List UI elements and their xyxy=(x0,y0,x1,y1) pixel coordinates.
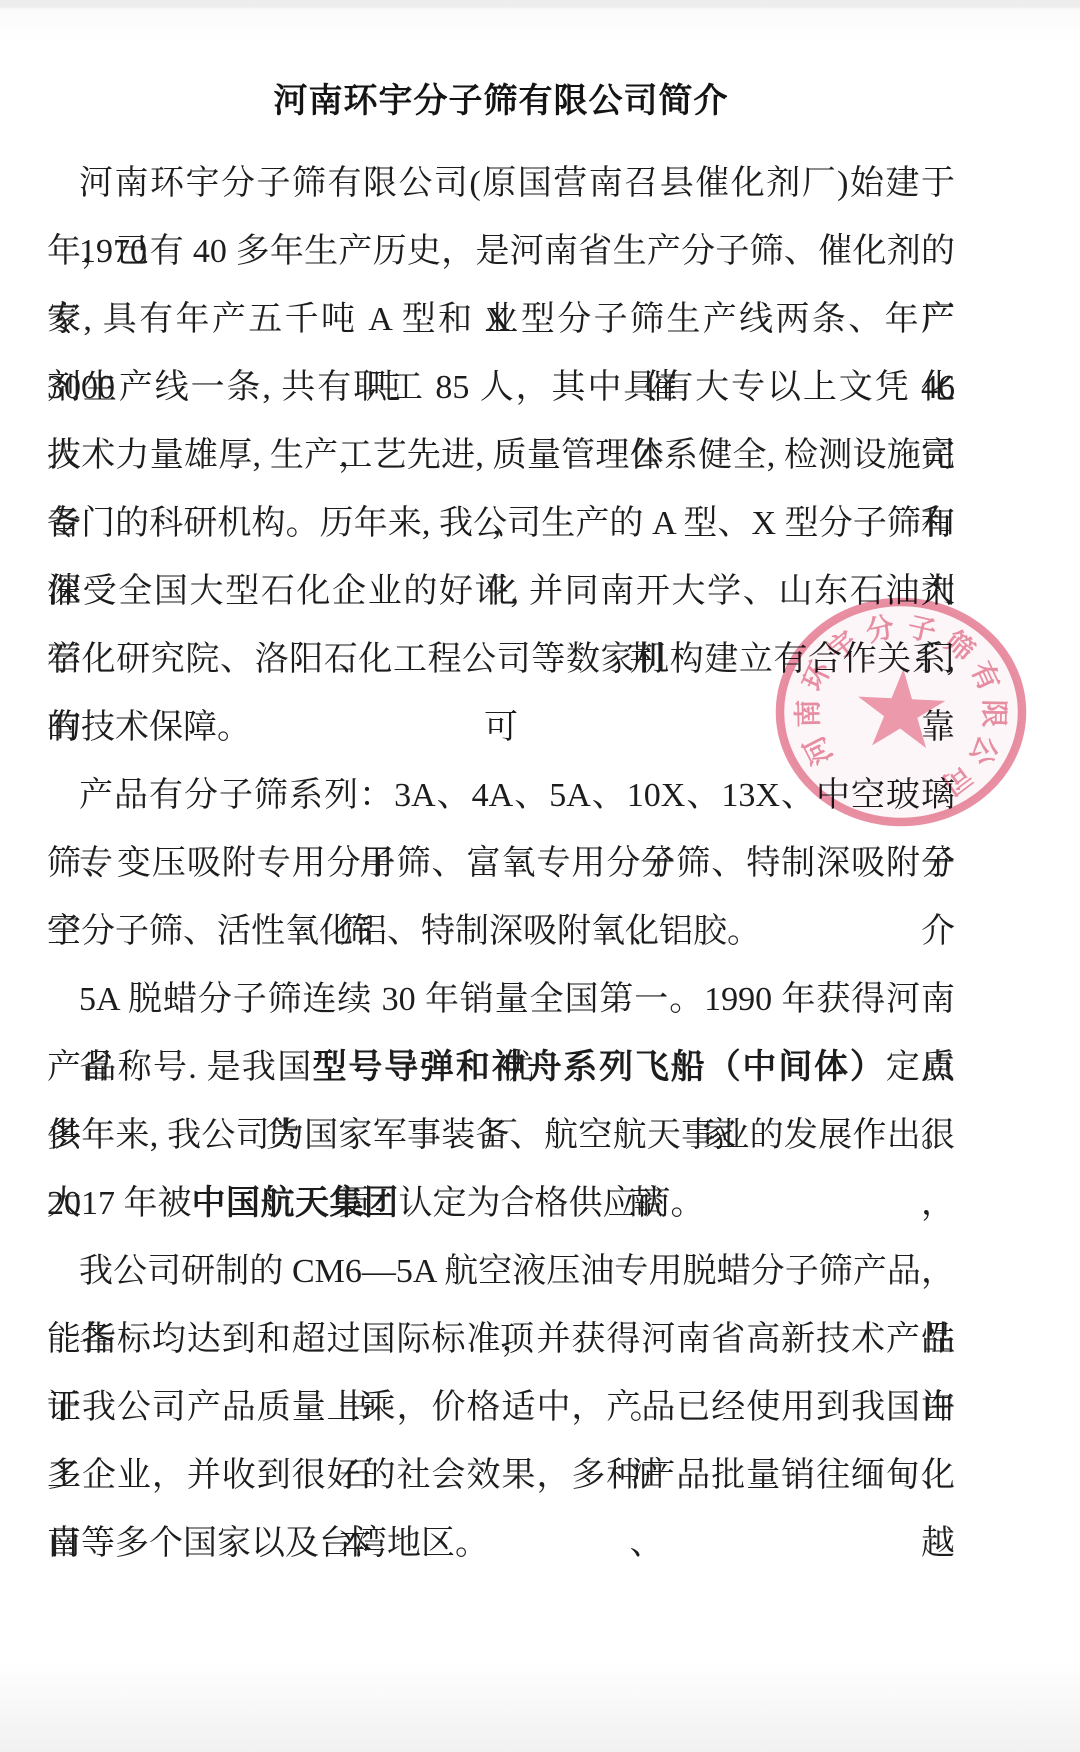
seal-char: 限 xyxy=(977,699,1009,728)
text-line: 多年来, 我公司为国家军事装备、航空航天事业的发展作出很大贡献， xyxy=(47,1102,955,1170)
text-line: 家, 具有年产五千吨 A 型和 X 型分子筛生产线两条、年产 3000 吨催化 xyxy=(47,286,955,354)
text-line: 筛、变压吸附专用分子筛、富氧专用分子筛、特制深吸附分子筛、介 xyxy=(47,830,955,898)
text-line: 工企业，并收到很好的社会效果，多种产品批量销往缅甸、日本、越 xyxy=(47,1442,955,1510)
document-page: 河南环宇分子筛有限公司简介 河南环宇分子筛有限公司(原国营南召县催化剂厂)始建于… xyxy=(0,0,1080,1752)
text-line: 5A 脱蜡分子筛连续 30 年销量全国第一。1990 年获得河南省优质 xyxy=(47,966,955,1034)
text-line: 深受全国大型石化企业的好评, 并同南开大学、山东石油大学、荆门 xyxy=(47,558,955,626)
text-line: 我公司研制的 CM6—5A 航空液压油专用脱蜡分子筛产品，各项性 xyxy=(47,1238,955,1306)
text-line: 石化研究院、洛阳石化工程公司等数家机构建立有合作关系, 有可靠 xyxy=(47,626,955,694)
bold-text: 型号导弹和神舟系列飞船（中间体） xyxy=(313,1049,886,1086)
text-line: 专门的科研机构。历年来, 我公司生产的 A 型、X 型分子筛和催化剂 xyxy=(47,490,955,558)
text-line: 河南环宇分子筛有限公司(原国营南召县催化剂厂)始建于 1970 xyxy=(47,150,955,218)
text-line: 产品有分子筛系列：3A、4A、5A、10X、13X、中空玻璃专用分子 xyxy=(47,762,955,830)
text-line: 于我公司产品质量上乘，价格适中，产品已经使用到我国许多石油化 xyxy=(47,1374,955,1442)
page-title: 河南环宇分子筛有限公司简介 xyxy=(47,80,955,124)
seal-char: 公 xyxy=(963,731,1003,770)
text-run: 认定为合格供应商。 xyxy=(399,1185,705,1222)
text-line: 年，已有 40 多年生产历史，是河南省生产分子筛、催化剂的专业厂 xyxy=(47,218,955,286)
text-line: 产品称号. 是我国型号导弹和神舟系列飞船（中间体）定点供货厂家。 xyxy=(47,1034,955,1102)
text-line: 剂生产线一条, 共有职工 85 人，其中具有大专以上文凭 46 人，公司 xyxy=(47,354,955,422)
text-run: 的技术保障。 xyxy=(47,709,251,746)
text-run: 空分子筛、活性氧化铝、特制深吸附氧化铝胶。 xyxy=(47,913,761,950)
text-run: 产品称号. 是我国 xyxy=(47,1049,313,1086)
bold-text: 中国航天集团 xyxy=(192,1185,399,1222)
text-run: 2017 年被 xyxy=(47,1185,192,1222)
text-line: 能指标均达到和超过国际标准，并获得河南省高新技术产品证书。由 xyxy=(47,1306,955,1374)
seal-char: 有 xyxy=(964,657,1005,696)
text-run: 南等多个国家以及台湾地区。 xyxy=(47,1525,489,1562)
text-line: 技术力量雄厚, 生产工艺先进, 质量管理体系健全, 检测设施完备, 有 xyxy=(47,422,955,490)
document-body: 河南环宇分子筛有限公司(原国营南召县催化剂厂)始建于 1970年，已有 40 多… xyxy=(47,150,955,1578)
